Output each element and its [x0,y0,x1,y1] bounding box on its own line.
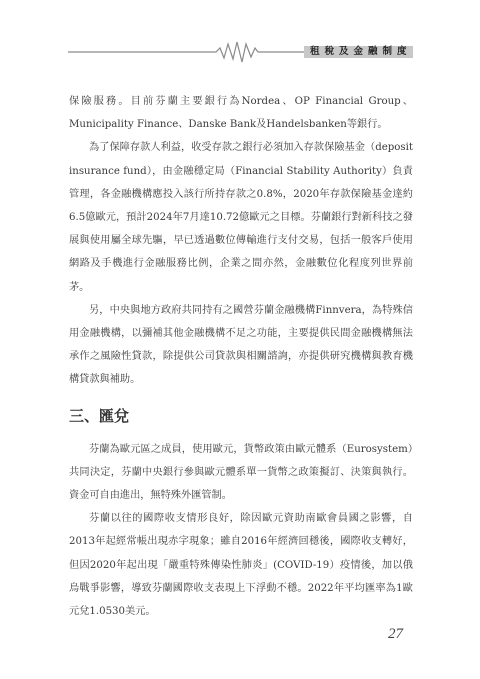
section-heading-exchange: 三、匯兌 [69,406,413,426]
paragraph-balance-of-payments: 芬蘭以往的國際收支情形良好，除因歐元資助南歐會員國之影響，自2013年起經常帳出… [69,507,413,623]
paragraph-finnvera: 另，中央與地方政府共同持有之國營芬蘭金融機構Finnvera，為特殊信用金融機構… [69,299,413,392]
page-body: 保險服務。目前芬蘭主要銀行為Nordea、OP Financial Group、… [69,90,413,623]
running-header: 租稅及金融制度 [0,36,480,66]
header-title: 租稅及金融制度 [310,45,410,59]
page-number: 27 [388,626,403,643]
paragraph-continued: 保險服務。目前芬蘭主要銀行為Nordea、OP Financial Group、… [69,90,413,136]
paragraph-deposit-insurance: 為了保障存款人利益，收受存款之銀行必須加入存款保險基金（deposit insu… [69,136,413,298]
paragraph-eurosystem: 芬蘭為歐元區之成員，使用歐元，貨幣政策由歐元體系（Eurosystem）共同決定… [69,438,413,508]
